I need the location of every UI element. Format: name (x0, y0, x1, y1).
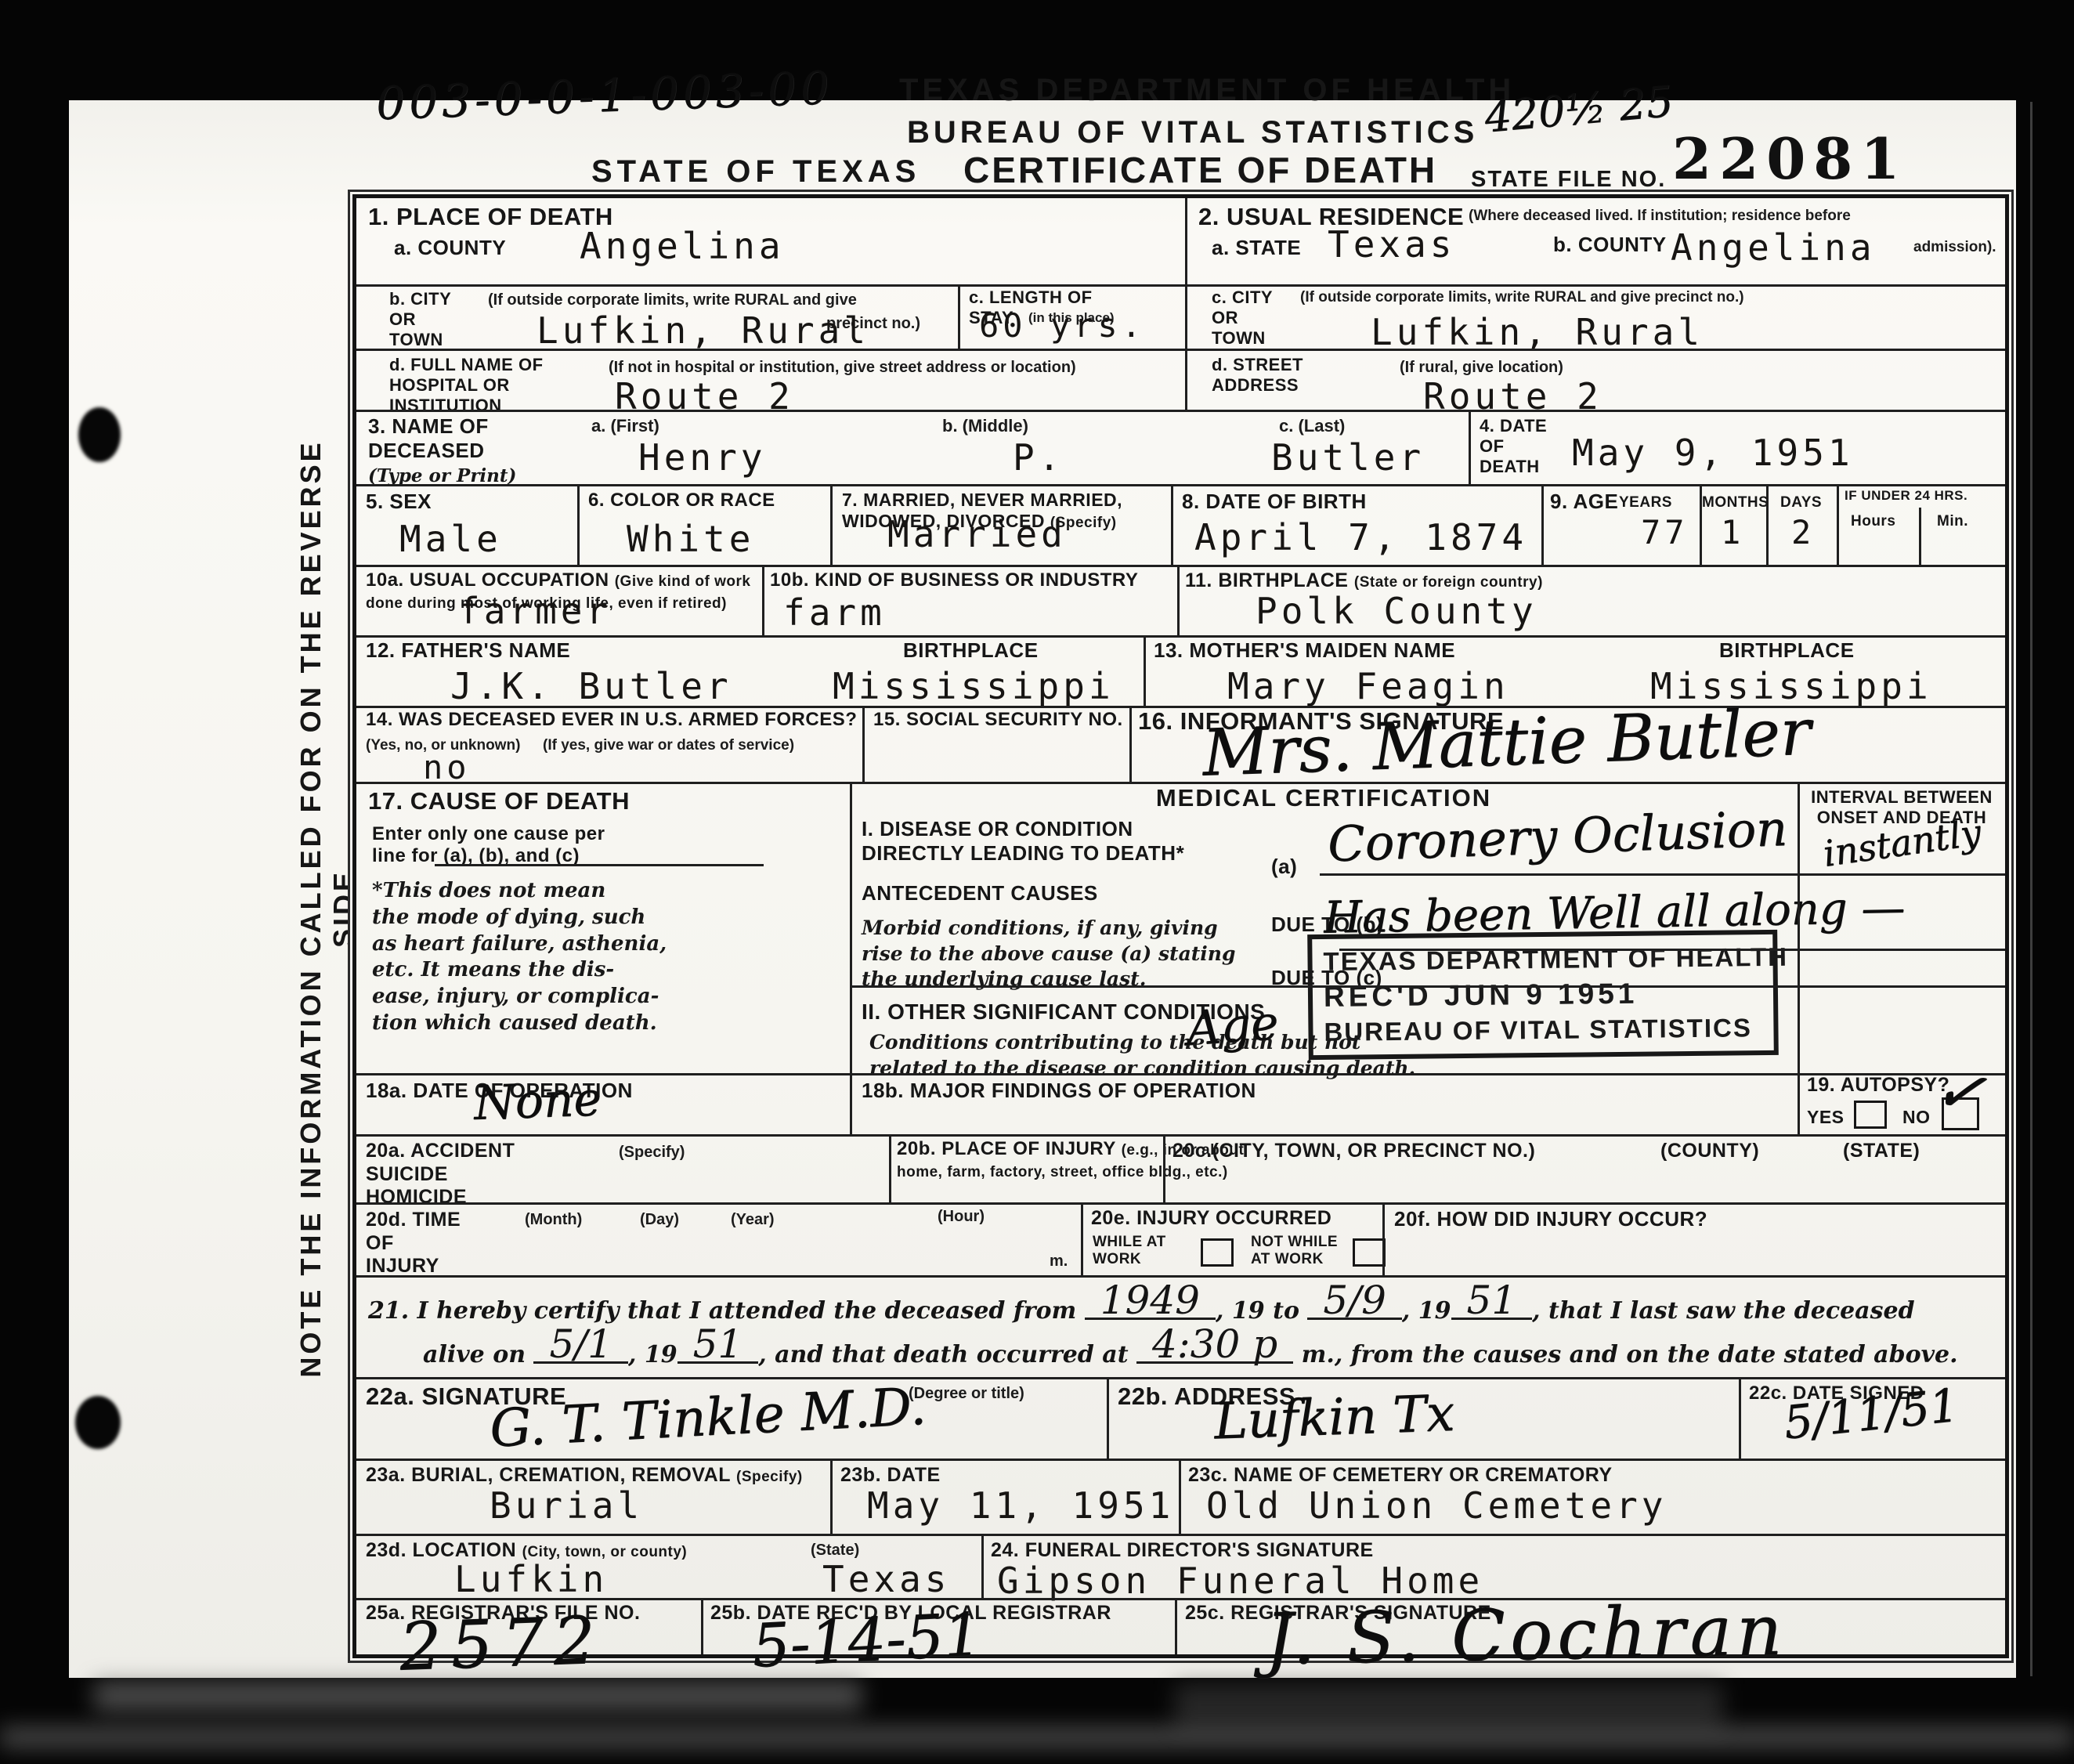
injury-county-label: (COUNTY) (1660, 1140, 1759, 1163)
punch-hole-bottom (75, 1396, 121, 1449)
state-of-texas-title: STATE OF TEXAS (591, 154, 920, 190)
divider-vertical (1382, 1202, 1385, 1275)
not-while-at-work-checkbox (1353, 1238, 1386, 1267)
race-value: White (627, 518, 754, 560)
certify-text-to: to (1273, 1297, 1299, 1325)
residence-county-label: b. COUNTY (1553, 233, 1667, 257)
occupation-label-text: 10a. USUAL OCCUPATION (366, 569, 609, 591)
cause-of-death-title: 17. CAUSE OF DEATH (368, 787, 630, 816)
race-label: 6. COLOR OR RACE (588, 490, 775, 511)
cause-note-1: Enter only one cause per line for (a), (… (372, 823, 605, 868)
sex-label: 5. SEX (366, 490, 432, 514)
autopsy-yes-label: YES (1807, 1107, 1845, 1128)
occupation-value: farmer (458, 590, 612, 632)
autopsy-no-checkmark: ✓ (1928, 1053, 1991, 1131)
divider-horizontal (356, 1202, 2005, 1205)
age-days-label: DAYS (1780, 494, 1822, 511)
name-of-deceased-label: 3. NAME OF DECEASED (368, 414, 489, 462)
sex-value: Male (399, 518, 502, 560)
autopsy-label: 19. AUTOPSY? (1807, 1074, 1949, 1097)
divider-vertical (1185, 198, 1187, 410)
industry-value: farm (783, 591, 886, 634)
department-title: TEXAS DEPARTMENT OF HEALTH (899, 72, 1515, 109)
certify-hw-death-time: 4:30 p (1136, 1328, 1293, 1364)
operation-findings-label: 18b. MAJOR FINDINGS OF OPERATION (862, 1079, 1256, 1103)
divider-vertical (1163, 1134, 1165, 1202)
age-years-value: 77 (1641, 513, 1689, 551)
date-of-birth-label: 8. DATE OF BIRTH (1182, 490, 1367, 514)
bureau-title: BUREAU OF VITAL STATISTICS (907, 114, 1478, 151)
armed-forces-note-2: (If yes, give war or dates of service) (543, 737, 794, 755)
father-birthplace-label: BIRTHPLACE (903, 638, 1039, 663)
divider-vertical (1177, 565, 1180, 635)
certify-hw-lastsaw-year: 51 (1451, 1284, 1533, 1320)
divider-horizontal (850, 985, 2005, 988)
divider-vertical (1129, 706, 1132, 782)
scan-smudge (94, 1681, 862, 1711)
certify-text-2: , 19 (1216, 1297, 1265, 1325)
stamp-line-1: TEXAS DEPARTMENT OF HEALTH (1323, 942, 1761, 977)
birthplace-note: (State or foreign country) (1354, 574, 1543, 591)
mother-name-value: Mary Feagin (1227, 665, 1509, 707)
usual-residence-note-2: admission). (1913, 239, 1996, 257)
scan-smudge (1175, 1684, 1723, 1727)
divider-vertical (762, 565, 764, 635)
father-birthplace-value: Mississippi (833, 665, 1115, 707)
divider-vertical (1144, 635, 1146, 706)
usual-residence-note: (Where deceased lived. If institution; r… (1469, 208, 2001, 226)
divider-vertical (830, 484, 833, 565)
marital-label-line1: 7. MARRIED, NEVER MARRIED, (842, 490, 1122, 510)
mother-name-label: 13. MOTHER'S MAIDEN NAME (1154, 638, 1455, 663)
divider-horizontal (435, 864, 764, 866)
residence-state-value: Texas (1328, 223, 1455, 266)
burial-location-state-note: (State) (811, 1541, 859, 1560)
divider-vertical (850, 782, 852, 1134)
disease-condition-label: I. DISEASE OR CONDITION DIRECTLY LEADING… (862, 817, 1184, 865)
divider-vertical (1469, 410, 1471, 484)
certify-hw-alive-date: 5/1 (533, 1328, 627, 1364)
meridiem-note: m. (1050, 1252, 1068, 1271)
stamp-line-2: REC'D JUN 9 1951 (1324, 976, 1762, 1014)
middle-name-label: b. (Middle) (942, 416, 1028, 436)
registrar-signature-value: J. S. Cochran (1264, 1589, 1787, 1681)
county-label: a. COUNTY (394, 236, 506, 260)
antecedent-causes-label: ANTECEDENT CAUSES (862, 881, 1098, 905)
city-note: (If outside corporate limits, write RURA… (488, 291, 857, 309)
residence-state-label: a. STATE (1212, 236, 1301, 260)
divider-horizontal (356, 1275, 2005, 1278)
father-name-label: 12. FATHER'S NAME (366, 638, 570, 663)
divider-vertical (577, 484, 580, 565)
city-value: Lufkin, Rural (537, 309, 869, 352)
date-of-operation-value: None (473, 1072, 602, 1131)
date-of-death-value: May 9, 1951 (1572, 432, 1854, 474)
hospital-label: d. FULL NAME OF HOSPITAL OR INSTITUTION (389, 355, 544, 416)
divider-horizontal (356, 1073, 2005, 1075)
under-24hrs-label: IF UNDER 24 HRS. (1845, 488, 1967, 504)
divider-vertical (958, 284, 960, 349)
divider-vertical (830, 1459, 833, 1534)
state-file-no-label: STATE FILE NO. (1471, 166, 1666, 193)
first-name-label: a. (First) (591, 416, 659, 436)
divider-vertical (1171, 484, 1173, 565)
burial-date-value: May 11, 1951 (867, 1484, 1174, 1527)
month-note: (Month) (525, 1210, 582, 1229)
certificate-title: CERTIFICATE OF DEATH (963, 149, 1437, 191)
divider-horizontal (356, 782, 2005, 784)
margin-note-reverse-side: NOTE THE INFORMATION CALLED FOR ON THE R… (294, 396, 332, 1422)
place-of-death-title: 1. PLACE OF DEATH (368, 203, 613, 232)
age-months-label: MONTHS (1702, 494, 1769, 511)
divider-vertical (1798, 782, 1800, 1134)
divider-vertical (1179, 1459, 1181, 1534)
punch-hole-top (78, 407, 121, 462)
occupation-note-1: (Give kind of work (615, 573, 751, 590)
residence-city-label: c. CITY OR TOWN (1212, 287, 1273, 349)
certify-text-8: m., from the causes and on the date stat… (1302, 1341, 1958, 1368)
date-recd-value: 5-14-51 (750, 1599, 983, 1680)
age-months-value: 1 (1721, 513, 1744, 551)
autopsy-yes-checkbox (1854, 1101, 1887, 1129)
divider-horizontal (356, 565, 2005, 567)
certify-hw-lastsaw-date: 5/9 (1307, 1284, 1401, 1320)
date-of-birth-value: April 7, 1874 (1194, 516, 1527, 558)
divider-horizontal (1339, 949, 2005, 951)
residence-city-value: Lufkin, Rural (1371, 311, 1704, 353)
certify-text-6: , 19 (628, 1341, 677, 1368)
scanned-death-certificate: 003-0-0-1-003-00 TEXAS DEPARTMENT OF HEA… (0, 0, 2074, 1764)
burial-label-text: 23a. BURIAL, CREMATION, REMOVAL (366, 1464, 731, 1486)
while-at-work-checkbox (1201, 1238, 1234, 1267)
registrar-file-no-value: 2572 (398, 1601, 605, 1685)
divider-horizontal (356, 410, 2005, 412)
hours-label: Hours (1851, 513, 1895, 530)
divider-vertical (1766, 484, 1769, 565)
injury-occurred-label: 20e. INJURY OCCURRED (1091, 1207, 1331, 1231)
antecedent-note: Morbid conditions, if any, giving rise t… (862, 916, 1235, 992)
mother-birthplace-label: BIRTHPLACE (1719, 638, 1855, 663)
certify-statement-line2: alive on 5/1, 1951, and that death occur… (423, 1332, 1958, 1368)
father-name-value: J.K. Butler (450, 665, 732, 707)
date-of-death-label: 4. DATE OF DEATH (1480, 416, 1547, 477)
burial-specify-note: (Specify) (736, 1469, 803, 1485)
divider-vertical (1081, 1202, 1083, 1275)
state-file-number: 22081 (1672, 125, 1908, 192)
divider-vertical (862, 706, 865, 782)
certificate-form: 1. PLACE OF DEATH a. COUNTY Angelina b. … (352, 194, 2009, 1658)
divider-vertical (1837, 484, 1839, 565)
divider-horizontal (356, 1534, 2005, 1536)
burial-value: Burial (490, 1484, 643, 1527)
street-address-note: (If rural, give location) (1400, 358, 1563, 377)
divider-vertical (1107, 1377, 1109, 1459)
residence-city-note: (If outside corporate limits, write RURA… (1300, 289, 1744, 307)
last-name-value: Butler (1271, 436, 1425, 479)
time-of-injury-label: 20d. TIME OF INJURY (366, 1209, 461, 1278)
street-address-label: d. STREET ADDRESS (1212, 355, 1303, 396)
hour-note: (Hour) (938, 1207, 985, 1226)
certify-text-7: , and that death occurred at (758, 1341, 1128, 1368)
divider-horizontal (356, 484, 2005, 486)
certify-hw-from: 1949 (1085, 1284, 1216, 1320)
middle-name-value: P. (1013, 436, 1064, 479)
ssn-label: 15. SOCIAL SECURITY NO. (873, 709, 1123, 731)
accident-specify-note: (Specify) (619, 1143, 685, 1162)
birthplace-label-text: 11. BIRTHPLACE (1185, 569, 1348, 591)
autopsy-no-label: NO (1902, 1107, 1931, 1128)
certify-statement-line1: 21. I hereby certify that I attended the… (368, 1289, 1915, 1325)
burial-location-state-value: Texas (822, 1558, 950, 1600)
certify-text-5: alive on (423, 1341, 526, 1368)
degree-or-title-note: (Degree or title) (909, 1384, 1024, 1403)
age-label: 9. AGE (1550, 490, 1618, 514)
cause-note-2: *This does not mean the mode of dying, s… (372, 878, 667, 1037)
age-years-label: YEARS (1619, 494, 1672, 511)
certify-text-4: , that I last saw the deceased (1532, 1297, 1914, 1325)
residence-county-value: Angelina (1671, 226, 1876, 269)
scan-edge-artifact (2030, 102, 2032, 1676)
marital-value: Married (887, 513, 1067, 555)
injury-city-label: 20c.(CITY, TOWN, OR PRECINCT NO.) (1172, 1140, 1535, 1163)
injury-state-label: (STATE) (1843, 1140, 1920, 1163)
divider-horizontal (356, 1377, 2005, 1379)
min-label: Min. (1937, 513, 1968, 530)
divider-horizontal (1320, 873, 2005, 876)
industry-label: 10b. KIND OF BUSINESS OR INDUSTRY (770, 569, 1138, 591)
county-value: Angelina (580, 225, 785, 267)
divider-horizontal (356, 635, 2005, 638)
length-of-stay-value: 60 yrs. (979, 306, 1145, 345)
stamp-line-3: BUREAU OF VITAL STATISTICS (1324, 1013, 1762, 1047)
physician-address-value: Lufkin Tx (1213, 1385, 1455, 1451)
divider-vertical (1541, 484, 1544, 565)
certify-text-1: 21. I hereby certify that I attended the… (368, 1297, 1076, 1325)
last-name-label: c. (Last) (1279, 416, 1345, 436)
divider-horizontal (356, 284, 2005, 287)
divider-vertical (1919, 508, 1921, 565)
certify-hw-alive-year: 51 (677, 1328, 759, 1364)
while-at-work-label: WHILE AT WORK (1093, 1234, 1166, 1269)
divider-vertical (1700, 484, 1702, 565)
accident-suicide-homicide-label: 20a. ACCIDENT SUICIDE HOMICIDE (366, 1140, 515, 1209)
scan-smudge (0, 1727, 2074, 1748)
divider-vertical (889, 1134, 891, 1202)
day-note: (Day) (640, 1210, 679, 1229)
birthplace-value: Polk County (1256, 590, 1537, 632)
other-conditions-value: Age (1185, 996, 1281, 1057)
burial-location-city-value: Lufkin (454, 1558, 608, 1600)
divider-vertical (1175, 1598, 1177, 1654)
how-injury-occurred-label: 20f. HOW DID INJURY OCCUR? (1394, 1207, 1707, 1231)
divider-vertical (1739, 1377, 1741, 1459)
first-name-value: Henry (638, 436, 766, 479)
place-of-injury-label-text: 20b. PLACE OF INJURY (897, 1138, 1115, 1159)
age-days-value: 2 (1791, 513, 1815, 551)
divider-vertical (701, 1598, 703, 1654)
not-while-at-work-label: NOT WHILE AT WORK (1251, 1234, 1338, 1269)
armed-forces-value: no (423, 748, 471, 786)
divider-vertical (981, 1534, 984, 1598)
year-note: (Year) (731, 1210, 775, 1229)
armed-forces-label: 14. WAS DECEASED EVER IN U.S. ARMED FORC… (366, 709, 857, 731)
divider-horizontal (356, 349, 2005, 351)
cause-a-tag: (a) (1271, 855, 1297, 879)
divider-horizontal (356, 1134, 2005, 1137)
city-or-town-label: b. CITY OR TOWN (389, 289, 451, 350)
hospital-note: (If not in hospital or institution, give… (609, 358, 1076, 377)
cemetery-value: Old Union Cemetery (1206, 1484, 1668, 1527)
certify-text-3: , 19 (1402, 1297, 1451, 1325)
